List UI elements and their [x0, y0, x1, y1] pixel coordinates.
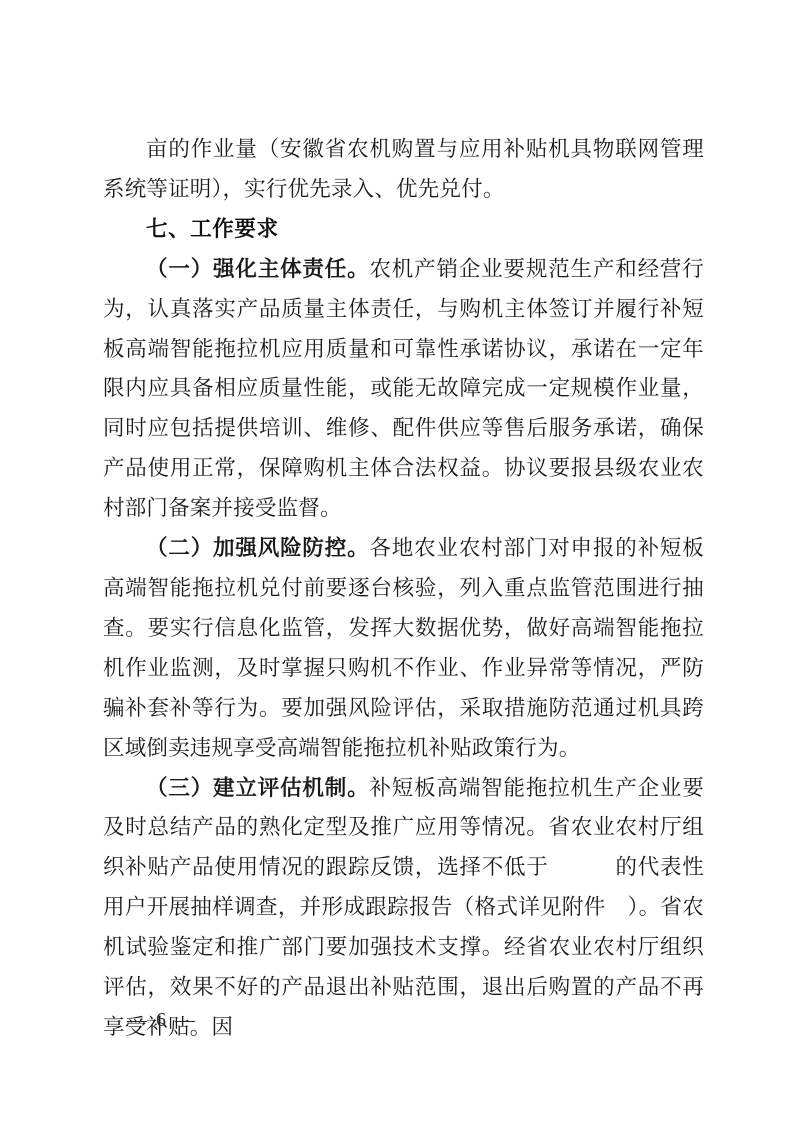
document-body: 亩的作业量（安徽省农机购置与应用补贴机具物联网管理系统等证明），实行优先录入、优…	[103, 130, 704, 1048]
section-3-lead: （三）建立评估机制。	[146, 776, 369, 800]
paragraph-intro: 亩的作业量（安徽省农机购置与应用补贴机具物联网管理系统等证明），实行优先录入、优…	[103, 130, 704, 210]
paragraph-section-2: （二）加强风险防控。各地农业农村部门对申报的补短板高端智能拖拉机兑付前要逐台核验…	[103, 529, 704, 768]
paragraph-section-1: （一）强化主体责任。农机产销企业要规范生产和经营行为，认真落实产品质量主体责任，…	[103, 250, 704, 529]
section-heading-work-requirements: 七、工作要求	[103, 210, 704, 250]
section-2-body: 各地农业农村部门对申报的补短板高端智能拖拉机兑付前要逐台核验，列入重点监管范围进…	[103, 536, 704, 760]
section-3-body: 补短板高端智能拖拉机生产企业要及时总结产品的熟化定型及推广应用等情况。省农业农村…	[103, 776, 704, 1039]
section-2-lead: （二）加强风险防控。	[146, 536, 369, 560]
document-page: 亩的作业量（安徽省农机购置与应用补贴机具物联网管理系统等证明），实行优先录入、优…	[0, 0, 793, 1122]
section-1-body: 农机产销企业要规范生产和经营行为，认真落实产品质量主体责任，与购机主体签订并履行…	[103, 257, 704, 520]
page-number: — 6 —	[127, 1005, 197, 1035]
section-1-lead: （一）强化主体责任。	[146, 257, 369, 281]
